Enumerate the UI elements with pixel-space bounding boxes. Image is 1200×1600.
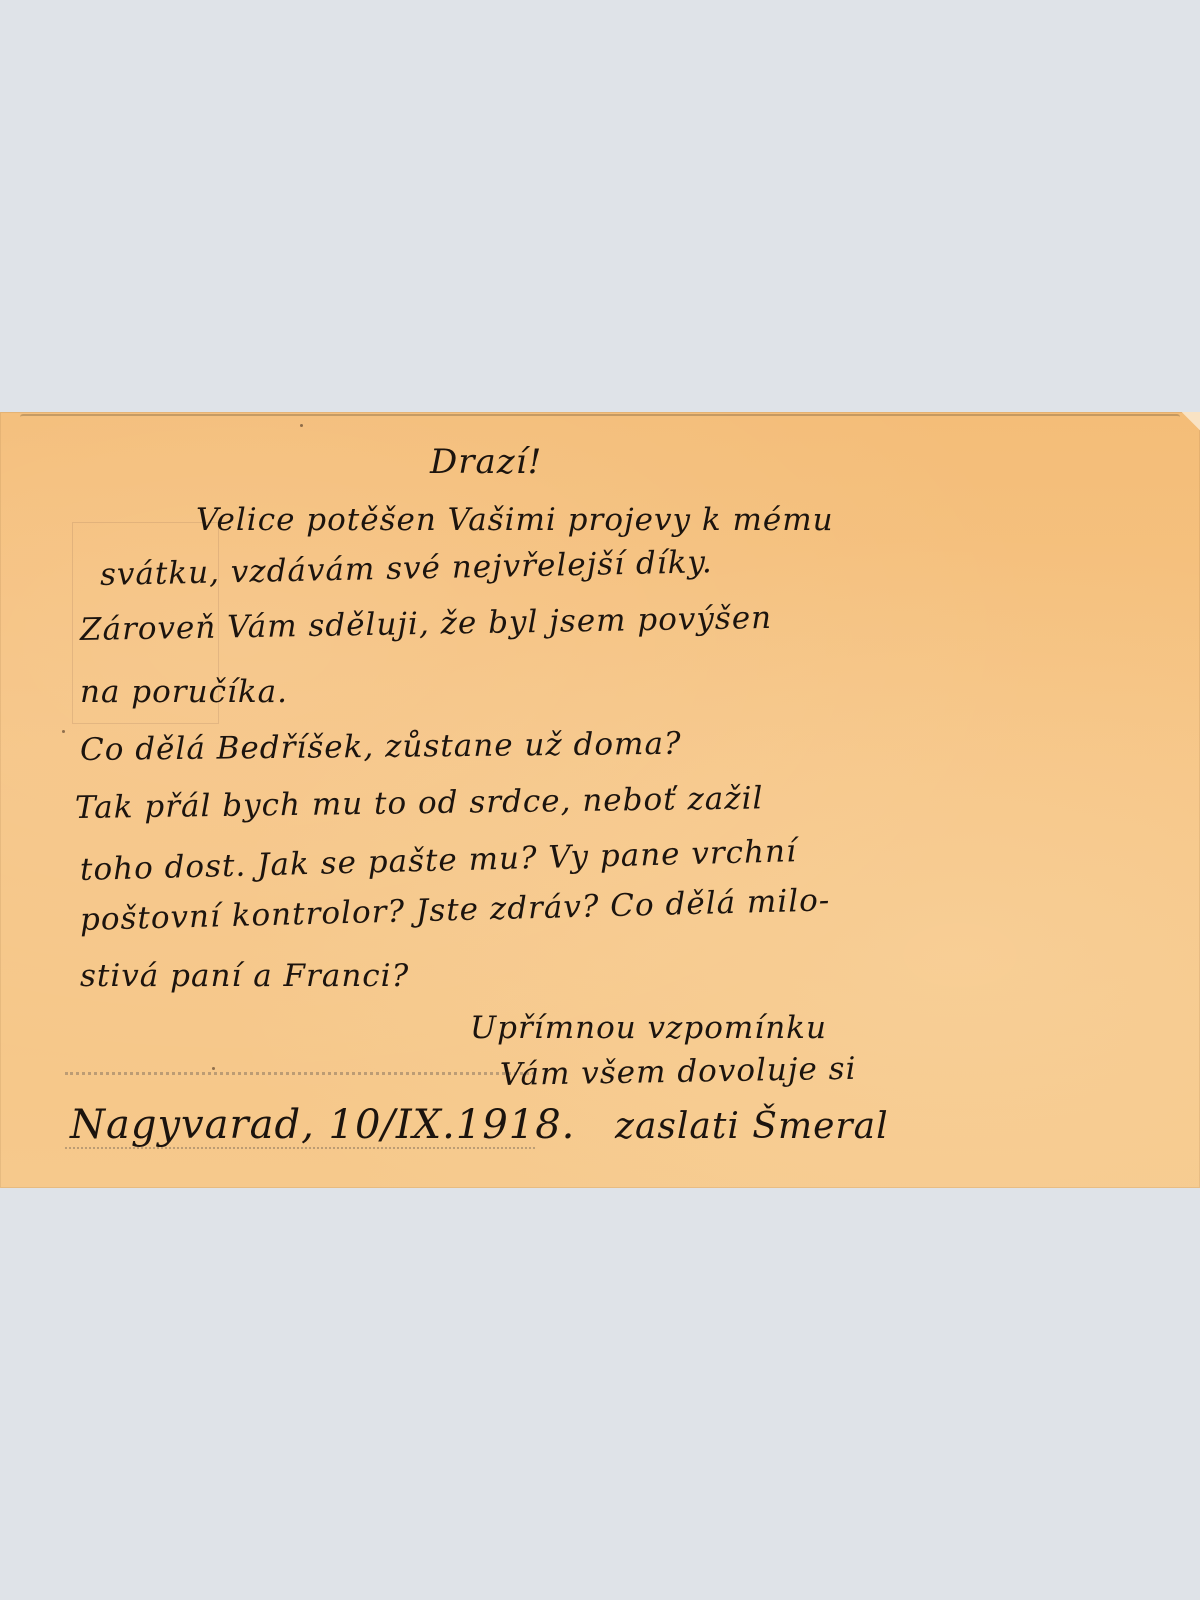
- signature: zaslati Šmeral: [615, 1106, 889, 1147]
- postcard: Drazí! Velice potěšen Vašimi projevy k m…: [0, 412, 1200, 1188]
- place-and-date: Nagyvarad, 10/IX.1918.: [70, 1102, 575, 1148]
- letter-line: Co dělá Bedříšek, zůstane už doma?: [80, 726, 682, 768]
- ink-speck: [300, 424, 303, 427]
- printed-address-line: [65, 1072, 535, 1075]
- ink-speck: [212, 1067, 215, 1070]
- worn-top-edge: [20, 414, 1180, 420]
- letter-line: Tak přál bych mu to od srdce, neboť zaži…: [75, 780, 764, 826]
- letter-line: stivá paní a Franci?: [80, 958, 409, 994]
- letter-line: poštovní kontrolor? Jste zdráv? Co dělá …: [80, 882, 831, 938]
- letter-line: Velice potěšen Vašimi projevy k mému: [196, 502, 834, 538]
- closing-line: Vám všem dovoluje si: [500, 1051, 857, 1093]
- ink-speck: [62, 730, 65, 733]
- letter-line: na poručíka.: [80, 674, 288, 710]
- salutation: Drazí!: [430, 442, 542, 482]
- worn-corner: [1170, 412, 1200, 442]
- letter-line: toho dost. Jak se pašte mu? Vy pane vrch…: [80, 833, 798, 888]
- closing-line: Upřímnou vzpomínku: [470, 1010, 827, 1046]
